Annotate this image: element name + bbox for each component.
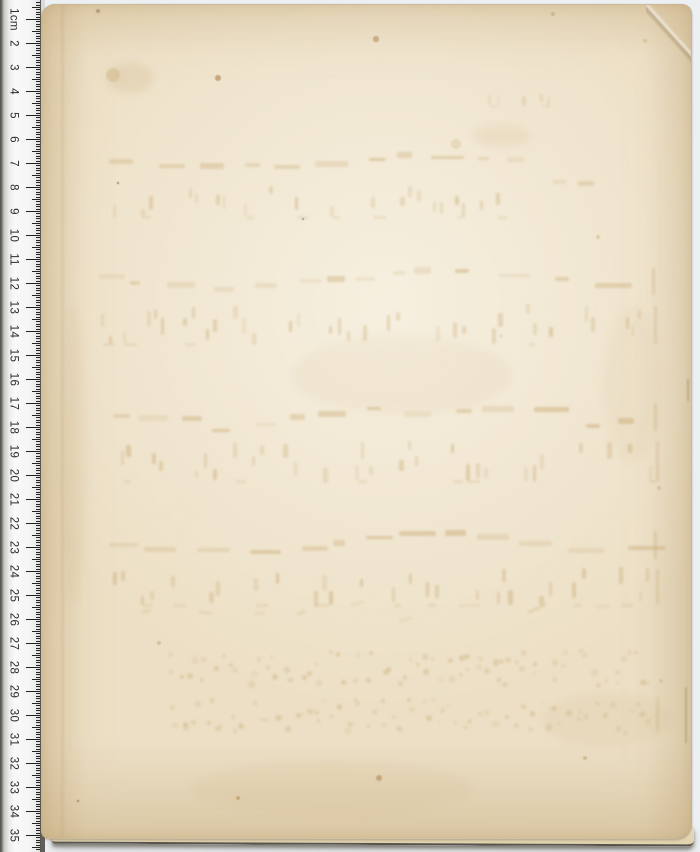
ruler-tick: [36, 749, 41, 750]
ruler-tick: [36, 290, 41, 291]
ruler-tick: [36, 465, 41, 466]
ruler-tick: [36, 437, 41, 438]
showthrough-mark: [468, 480, 480, 483]
ruler-tick: [36, 653, 41, 654]
ruler-tick: [36, 705, 41, 706]
showthrough-mark: [417, 190, 421, 203]
showthrough-mark: [231, 715, 235, 719]
ruler-tick: [36, 686, 41, 687]
showthrough-mark: [113, 414, 130, 419]
ruler-tick: [36, 216, 41, 217]
showthrough-mark: [251, 671, 257, 677]
showthrough-mark: [214, 287, 234, 292]
showthrough-mark: [366, 678, 372, 684]
showthrough-mark: [392, 587, 396, 602]
ruler-tick: [36, 828, 41, 829]
ruler-tick: [36, 206, 41, 207]
showthrough-mark: [147, 311, 151, 327]
ruler-number: 20: [7, 463, 20, 487]
showthrough-mark: [440, 708, 445, 713]
showthrough-mark: [408, 441, 412, 450]
showthrough-mark: [582, 568, 586, 579]
ruler-tick: [36, 401, 41, 402]
ruler-tick: [36, 684, 41, 685]
showthrough-mark: [350, 601, 365, 608]
showthrough-mark: [233, 729, 238, 734]
showthrough-mark: [462, 326, 466, 335]
ruler-tick: [36, 84, 41, 85]
ruler-tick: [36, 545, 41, 546]
ruler-tick: [36, 300, 41, 301]
ruler-tick: [36, 132, 41, 133]
ruler-tick: [36, 497, 41, 498]
showthrough-mark: [167, 282, 195, 288]
ruler-tick: [26, 211, 41, 212]
showthrough-mark: [264, 718, 268, 722]
ruler-tick: [36, 17, 41, 18]
corner-crease: [646, 4, 692, 64]
showthrough-mark: [409, 574, 412, 584]
ruler-tick: [36, 554, 41, 555]
showthrough-mark: [232, 667, 238, 673]
showthrough-mark: [191, 720, 196, 725]
showthrough-mark: [317, 719, 321, 723]
ruler-tick: [36, 446, 41, 447]
showthrough-mark: [216, 581, 219, 596]
ruler-tick: [36, 530, 41, 531]
ruler-number: 30: [7, 703, 20, 727]
ruler-tick: [36, 417, 41, 418]
fox-spot: [373, 36, 378, 41]
showthrough-mark: [505, 657, 511, 663]
fox-spot: [551, 12, 555, 16]
showthrough-mark: [407, 698, 411, 702]
ruler-tick: [26, 523, 41, 524]
ruler-tick: [36, 509, 41, 510]
ruler-tick: [36, 209, 41, 210]
ruler-tick: [36, 501, 41, 502]
showthrough-mark: [187, 673, 193, 679]
ruler-tick: [36, 141, 41, 142]
ruler-tick: [36, 329, 41, 330]
ruler-tick: [36, 468, 41, 469]
showthrough-mark: [578, 181, 594, 186]
showthrough-mark: [143, 216, 151, 219]
showthrough-mark: [399, 616, 411, 622]
showthrough-mark: [369, 158, 386, 162]
ruler-tick: [36, 813, 41, 814]
ruler-tick: [36, 218, 41, 219]
ruler-tick: [36, 602, 41, 603]
showthrough-mark: [499, 274, 530, 278]
ruler-tick: [36, 669, 41, 670]
ruler-tick: [36, 458, 41, 459]
showthrough-mark: [256, 423, 276, 427]
showthrough-mark: [192, 307, 195, 319]
sheet-music-verso-page: [41, 4, 692, 839]
showthrough-mark: [397, 152, 411, 158]
showthrough-mark: [595, 283, 632, 288]
ruler-tick: [36, 405, 41, 406]
showthrough-mark: [329, 591, 333, 605]
ruler-tick: [36, 609, 41, 610]
showthrough-mark: [212, 429, 230, 433]
ruler-tick: [36, 540, 41, 541]
showthrough-mark: [171, 576, 175, 587]
ruler-tick: [36, 362, 41, 363]
ruler-tick: [32, 535, 41, 536]
showthrough-mark: [322, 699, 325, 702]
showthrough-mark: [514, 723, 519, 728]
ruler-number: 31: [7, 727, 20, 751]
ruler-tick: [36, 473, 41, 474]
showthrough-mark: [478, 157, 489, 161]
ruler-tick: [36, 660, 41, 661]
showthrough-mark: [480, 201, 483, 210]
ruler-tick: [36, 254, 41, 255]
ruler-tick: [26, 643, 41, 644]
showthrough-mark: [235, 480, 247, 483]
showthrough-mark: [172, 723, 178, 729]
ruler-tick: [36, 588, 41, 589]
ruler-tick: [36, 108, 41, 109]
ruler-tick: [36, 74, 41, 75]
ruler-tick: [32, 199, 41, 200]
showthrough-mark: [301, 712, 304, 715]
showthrough-mark: [409, 707, 415, 713]
showthrough-mark: [415, 456, 418, 466]
ruler-tick: [36, 377, 41, 378]
ruler-tick: [26, 811, 41, 812]
ruler-tick: [32, 751, 41, 752]
showthrough-mark: [656, 569, 659, 605]
showthrough-mark: [431, 156, 465, 160]
fox-spot: [157, 641, 161, 645]
ruler-tick: [36, 77, 41, 78]
showthrough-mark: [329, 650, 333, 654]
ruler-number: 32: [7, 751, 20, 775]
showthrough-mark: [604, 679, 609, 684]
ruler-tick: [36, 569, 41, 570]
ruler-tick: [36, 593, 41, 594]
showthrough-mark: [150, 591, 153, 600]
showthrough-mark: [161, 318, 164, 335]
showthrough-mark: [288, 678, 293, 683]
ruler-tick: [36, 321, 41, 322]
ruler-tick: [36, 434, 41, 435]
ruler-tick: [36, 14, 41, 15]
showthrough-mark: [403, 675, 408, 680]
ruler-tick: [36, 38, 41, 39]
showthrough-mark: [143, 604, 154, 607]
ruler-tick: [26, 19, 41, 20]
showthrough-mark: [628, 650, 633, 655]
ruler-number: 21: [7, 487, 20, 511]
showthrough-mark: [330, 715, 333, 718]
ruler-tick: [36, 129, 41, 130]
showthrough-mark: [409, 658, 412, 661]
ruler-tick: [36, 408, 41, 409]
ruler-number: 16: [7, 367, 20, 391]
ruler-tick: [26, 691, 41, 692]
showthrough-mark: [330, 206, 334, 216]
showthrough-mark: [549, 327, 553, 337]
ruler-tick: [36, 345, 41, 346]
ruler-tick: [36, 312, 41, 313]
ruler-number: 34: [7, 799, 20, 823]
showthrough-mark: [586, 424, 600, 428]
showthrough-mark: [209, 592, 213, 603]
ruler-tick: [26, 619, 41, 620]
showthrough-mark: [634, 651, 638, 655]
showthrough-mark: [355, 277, 375, 281]
ruler-tick: [36, 264, 41, 265]
showthrough-mark: [521, 650, 527, 656]
ruler-tick: [36, 576, 41, 577]
showthrough-mark: [101, 314, 104, 327]
ruler-tick: [36, 722, 41, 723]
showthrough-mark: [200, 163, 223, 169]
ruler-tick: [26, 571, 41, 572]
ruler-tick: [36, 480, 41, 481]
showthrough-mark: [168, 652, 172, 656]
ruler-tick: [26, 379, 41, 380]
ruler-tick: [36, 237, 41, 238]
showthrough-mark: [466, 464, 470, 481]
ruler-tick: [36, 69, 41, 70]
showthrough-mark: [400, 197, 404, 206]
showthrough-mark: [204, 453, 208, 467]
showthrough-mark: [285, 726, 291, 732]
showthrough-mark: [528, 343, 535, 346]
ruler-number: 3: [7, 55, 20, 79]
ruler-tick: [36, 144, 41, 145]
showthrough-mark: [467, 719, 472, 724]
showthrough-mark: [257, 657, 262, 662]
ruler-tick: [36, 365, 41, 366]
ruler-tick: [36, 444, 41, 445]
showthrough-mark: [453, 480, 463, 483]
showthrough-mark: [498, 313, 502, 327]
showthrough-mark: [332, 216, 340, 219]
ruler-tick: [26, 283, 41, 284]
showthrough-mark: [152, 453, 156, 464]
ruler-tick: [36, 708, 41, 709]
showthrough-mark: [553, 180, 566, 184]
ruler-tick: [36, 725, 41, 726]
showthrough-mark: [367, 724, 371, 728]
ruler-tick: [36, 780, 41, 781]
ruler-tick: [36, 777, 41, 778]
ruler-tick: [36, 41, 41, 42]
ruler-tick: [36, 617, 41, 618]
showthrough-mark: [169, 670, 173, 674]
ruler-tick: [36, 734, 41, 735]
showthrough-mark: [492, 328, 496, 344]
ruler-tick: [36, 581, 41, 582]
ruler-tick: [32, 655, 41, 656]
scanned-sheet-music-photo: 1cm2345678910111213141516171819202122232…: [0, 0, 700, 852]
showthrough-mark: [540, 94, 543, 102]
ruler-tick: [26, 91, 41, 92]
showthrough-mark: [549, 582, 552, 596]
ruler-tick: [32, 823, 41, 824]
ruler-tick: [36, 396, 41, 397]
ruler-tick: [36, 242, 41, 243]
showthrough-mark: [484, 710, 489, 715]
showthrough-mark: [250, 550, 281, 554]
showthrough-mark: [254, 578, 258, 592]
ruler-tick: [26, 259, 41, 260]
showthrough-mark: [619, 567, 623, 584]
ruler-number: 4: [7, 79, 20, 103]
ruler-tick: [36, 5, 41, 6]
ruler-tick: [26, 715, 41, 716]
ruler-tick: [36, 806, 41, 807]
ruler-number: 24: [7, 559, 20, 583]
ruler-tick: [32, 151, 41, 152]
ruler-tick: [36, 789, 41, 790]
showthrough-mark: [284, 667, 290, 673]
ruler-tick: [36, 657, 41, 658]
showthrough-mark: [398, 681, 403, 686]
showthrough-mark: [371, 197, 374, 208]
showthrough-mark: [552, 659, 558, 665]
ruler-number: 33: [7, 775, 20, 799]
showthrough-mark: [463, 725, 468, 730]
ruler-tick: [36, 360, 41, 361]
showthrough-mark: [399, 460, 403, 471]
ruler-tick: [36, 21, 41, 22]
showthrough-mark: [541, 702, 544, 705]
ruler-tick: [36, 110, 41, 111]
showthrough-mark: [455, 196, 459, 205]
ruler-tick: [36, 662, 41, 663]
stain-patch: [542, 693, 672, 747]
ruler-tick: [36, 29, 41, 30]
ruler-number: 9: [7, 199, 20, 223]
ruler-tick: [36, 177, 41, 178]
ruler-tick: [36, 681, 41, 682]
ruler-tick: [36, 849, 41, 850]
showthrough-mark: [260, 718, 264, 722]
stain-patch: [192, 761, 472, 817]
fox-spot: [106, 68, 120, 82]
ruler-tick: [32, 247, 41, 248]
showthrough-mark: [462, 203, 465, 217]
ruler-tick: [36, 665, 41, 666]
measuring-ruler: 1cm2345678910111213141516171819202122232…: [0, 0, 41, 852]
ruler-tick: [36, 638, 41, 639]
ruler-tick: [32, 271, 41, 272]
showthrough-mark: [307, 709, 313, 715]
ruler-tick: [32, 463, 41, 464]
showthrough-mark: [302, 675, 306, 679]
showthrough-mark: [466, 668, 470, 672]
showthrough-mark: [195, 193, 198, 204]
ruler-tick: [36, 809, 41, 810]
ruler-tick: [36, 96, 41, 97]
ruler-tick: [36, 425, 41, 426]
ruler-tick: [36, 461, 41, 462]
showthrough-mark: [524, 467, 528, 483]
showthrough-mark: [223, 196, 226, 209]
ruler-tick: [36, 204, 41, 205]
showthrough-mark: [574, 604, 581, 607]
showthrough-mark: [423, 669, 429, 675]
ruler-tick: [32, 343, 41, 344]
ruler-tick: [32, 439, 41, 440]
ruler-tick: [36, 350, 41, 351]
ruler-tick: [26, 307, 41, 308]
ruler-tick: [36, 837, 41, 838]
ruler-tick: [36, 276, 41, 277]
ruler-tick: [32, 391, 41, 392]
showthrough-mark: [373, 216, 387, 219]
ruler-tick: [36, 600, 41, 601]
edge-crease: [687, 379, 689, 401]
showthrough-mark: [278, 715, 283, 720]
showthrough-mark: [210, 698, 214, 702]
ruler-tick: [36, 9, 41, 10]
showthrough-mark: [113, 572, 117, 585]
ruler-tick: [36, 578, 41, 579]
ruler-tick: [36, 137, 41, 138]
showthrough-mark: [555, 277, 569, 281]
ruler-tick: [36, 564, 41, 565]
ruler-tick: [36, 369, 41, 370]
ruler-tick: [36, 120, 41, 121]
ruler-tick: [36, 542, 41, 543]
ruler-tick: [36, 182, 41, 183]
ruler-tick: [36, 72, 41, 73]
showthrough-mark: [214, 666, 219, 671]
showthrough-mark: [144, 547, 175, 551]
ruler-tick: [36, 89, 41, 90]
showthrough-mark: [393, 271, 405, 275]
showthrough-mark: [383, 670, 389, 676]
showthrough-mark: [256, 604, 268, 607]
showthrough-mark: [572, 582, 576, 598]
showthrough-mark: [656, 441, 659, 481]
showthrough-mark: [307, 671, 312, 676]
ruler-tick: [36, 36, 41, 37]
ruler-number: 18: [7, 415, 20, 439]
ruler-tick: [36, 504, 41, 505]
showthrough-mark: [276, 573, 280, 584]
showthrough-mark: [252, 456, 255, 467]
ruler-tick: [36, 585, 41, 586]
ruler-tick: [36, 53, 41, 54]
showthrough-mark: [195, 470, 198, 478]
showthrough-mark: [591, 669, 597, 675]
showthrough-mark: [296, 713, 300, 717]
ruler-tick: [36, 245, 41, 246]
ruler-tick: [36, 389, 41, 390]
ruler-tick: [32, 31, 41, 32]
ruler-tick: [26, 187, 41, 188]
ruler-tick: [36, 105, 41, 106]
ruler-tick: [32, 679, 41, 680]
showthrough-mark: [297, 313, 300, 326]
ruler-tick: [36, 492, 41, 493]
ruler-tick: [36, 384, 41, 385]
showthrough-mark: [505, 715, 509, 719]
showthrough-mark: [246, 216, 254, 219]
showthrough-mark: [416, 663, 419, 666]
ruler-tick: [36, 149, 41, 150]
ruler-tick: [36, 758, 41, 759]
